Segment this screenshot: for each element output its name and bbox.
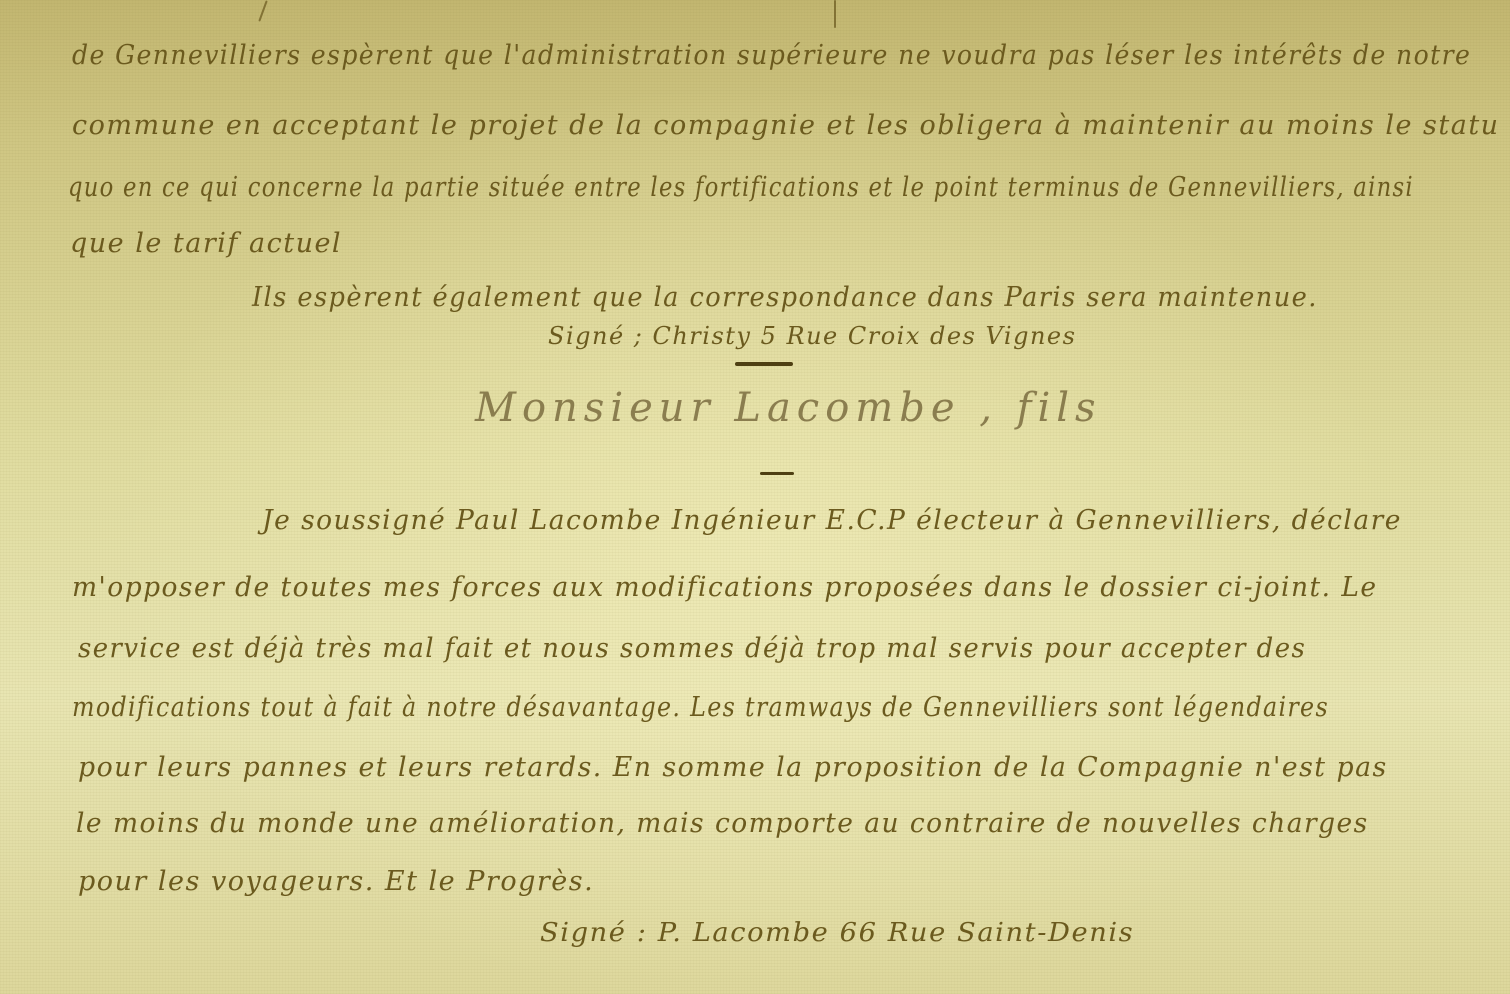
paragraph-2-line-1: Je soussigné Paul Lacombe Ingénieur E.C.… <box>262 505 1402 536</box>
paragraph-1-line-3: quo en ce qui concerne la partie située … <box>68 172 1414 203</box>
paragraph-2-line-5: pour leurs pannes et leurs retards. En s… <box>78 752 1388 783</box>
paragraph-2-line-3: service est déjà très mal fait et nous s… <box>78 633 1306 664</box>
paragraph-2-line-6: le moins du monde une amélioration, mais… <box>76 808 1369 839</box>
document-page: de Gennevilliers espèrent que l'administ… <box>0 0 1510 994</box>
ink-stroke <box>834 0 836 28</box>
paper-texture <box>0 0 1510 994</box>
signature-underline <box>735 362 793 366</box>
heading-monsieur-lacombe: Monsieur Lacombe , fils <box>475 385 1102 431</box>
paragraph-1-line-4: que le tarif actuel <box>70 228 342 259</box>
paragraph-2-line-4: modifications tout à fait à notre désava… <box>72 692 1329 723</box>
paragraph-1-line-1: de Gennevilliers espèrent que l'administ… <box>72 40 1471 71</box>
paragraph-1-line-2: commune en acceptant le projet de la com… <box>72 110 1500 141</box>
paragraph-1-closing: Ils espèrent également que la correspond… <box>252 282 1318 313</box>
paragraph-2-signature: Signé : P. Lacombe 66 Rue Saint-Denis <box>540 918 1134 948</box>
paragraph-1-signature: Signé ; Christy 5 Rue Croix des Vignes <box>548 322 1076 350</box>
paragraph-2-line-7: pour les voyageurs. Et le Progrès. <box>78 866 594 897</box>
paragraph-mark <box>760 472 794 475</box>
paragraph-2-line-2: m'opposer de toutes mes forces aux modif… <box>72 572 1378 603</box>
ink-stroke <box>258 0 267 21</box>
